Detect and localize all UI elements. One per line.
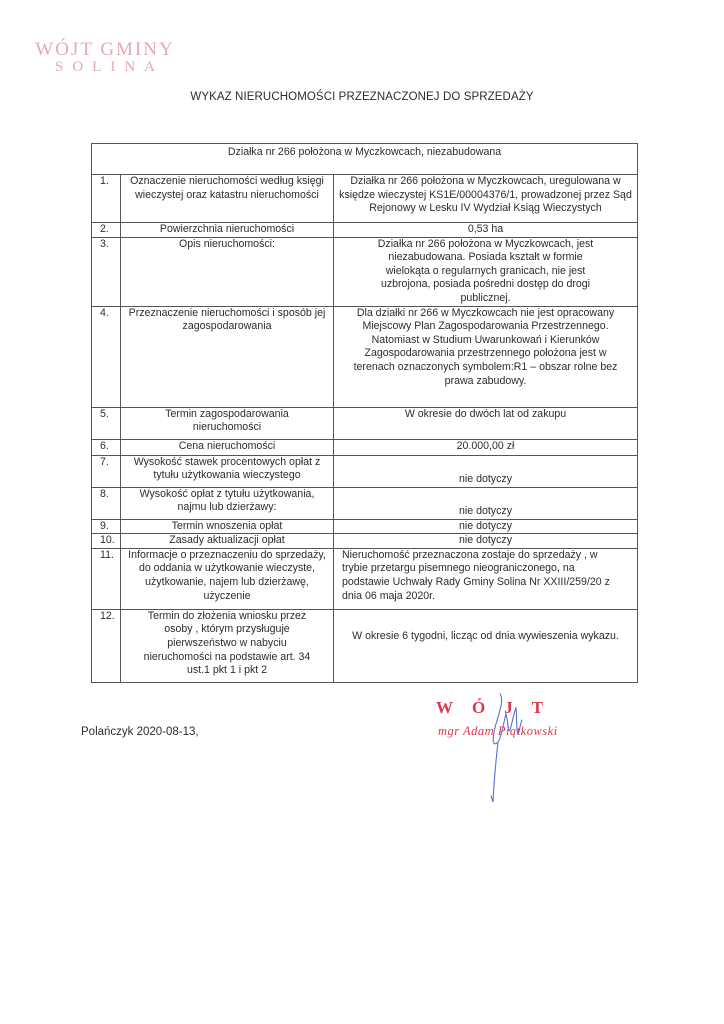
row-number: 12. (92, 609, 121, 682)
row-value: Nieruchomość przeznaczona zostaje do spr… (334, 548, 638, 609)
row-value: Dla działki nr 266 w Myczkowcach nie jes… (334, 306, 638, 407)
table-row: 2. Powierzchnia nieruchomości 0,53 ha (92, 223, 638, 238)
table-row: 7. Wysokość stawek procentowych opłat z … (92, 455, 638, 487)
row-label: Oznaczenie nieruchomości według księgi w… (121, 175, 334, 223)
row-label: Zasady aktualizacji opłat (121, 534, 334, 549)
row-number: 3. (92, 237, 121, 306)
row-value: Działka nr 266 położona w Myczkowcach, u… (334, 175, 638, 223)
row-label: Powierzchnia nieruchomości (121, 223, 334, 238)
table-row: 8. Wysokość opłat z tytułu użytkowania, … (92, 487, 638, 519)
document-title: WYKAZ NIERUCHOMOŚCI PRZEZNACZONEJ DO SPR… (0, 91, 724, 103)
row-label: Wysokość opłat z tytułu użytkowania, naj… (121, 487, 334, 519)
row-number: 2. (92, 223, 121, 238)
table-row: 4. Przeznaczenie nieruchomości i sposób … (92, 306, 638, 407)
row-value: 20.000,00 zł (334, 439, 638, 455)
row-value: nie dotyczy (334, 534, 638, 549)
table-row: 5. Termin zagospodarowania nieruchomości… (92, 407, 638, 439)
header-stamp-line2: SOLINA (30, 60, 180, 76)
row-number: 6. (92, 439, 121, 455)
header-stamp: WÓJT GMINY SOLINA (30, 40, 180, 76)
row-value: nie dotyczy (334, 519, 638, 534)
row-number: 9. (92, 519, 121, 534)
row-value: nie dotyczy (334, 455, 638, 487)
row-label: Przeznaczenie nieruchomości i sposób jej… (121, 306, 334, 407)
row-number: 8. (92, 487, 121, 519)
row-value: nie dotyczy (334, 487, 638, 519)
row-label: Termin zagospodarowania nieruchomości (121, 407, 334, 439)
table-heading: Działka nr 266 położona w Myczkowcach, n… (92, 144, 638, 175)
table-row: 11. Informacje o przeznaczeniu do sprzed… (92, 548, 638, 609)
property-table: Działka nr 266 położona w Myczkowcach, n… (91, 143, 638, 683)
row-number: 7. (92, 455, 121, 487)
row-number: 5. (92, 407, 121, 439)
table-row: 12. Termin do złożenia wniosku przez oso… (92, 609, 638, 682)
table-row: 1. Oznaczenie nieruchomości według księg… (92, 175, 638, 223)
row-label: Termin wnoszenia opłat (121, 519, 334, 534)
row-label: Informacje o przeznaczeniu do sprzedaży,… (121, 548, 334, 609)
row-number: 1. (92, 175, 121, 223)
table-row: 9. Termin wnoszenia opłat nie dotyczy (92, 519, 638, 534)
place-and-date: Polańczyk 2020-08-13, (81, 726, 199, 738)
row-value: Działka nr 266 położona w Myczkowcach, j… (334, 237, 638, 306)
row-number: 10. (92, 534, 121, 549)
row-label: Opis nieruchomości: (121, 237, 334, 306)
table-row: 6. Cena nieruchomości 20.000,00 zł (92, 439, 638, 455)
row-label: Termin do złożenia wniosku przez osoby ,… (121, 609, 334, 682)
table-heading-row: Działka nr 266 położona w Myczkowcach, n… (92, 144, 638, 175)
row-value: W okresie do dwóch lat od zakupu (334, 407, 638, 439)
table-row: 10. Zasady aktualizacji opłat nie dotycz… (92, 534, 638, 549)
row-value: 0,53 ha (334, 223, 638, 238)
row-number: 11. (92, 548, 121, 609)
row-label: Cena nieruchomości (121, 439, 334, 455)
row-value: W okresie 6 tygodni, licząc od dnia wywi… (334, 609, 638, 682)
row-number: 4. (92, 306, 121, 407)
header-stamp-line1: WÓJT GMINY (30, 40, 180, 60)
table-row: 3. Opis nieruchomości: Działka nr 266 po… (92, 237, 638, 306)
row-label: Wysokość stawek procentowych opłat z tyt… (121, 455, 334, 487)
handwritten-signature-icon (470, 690, 530, 810)
